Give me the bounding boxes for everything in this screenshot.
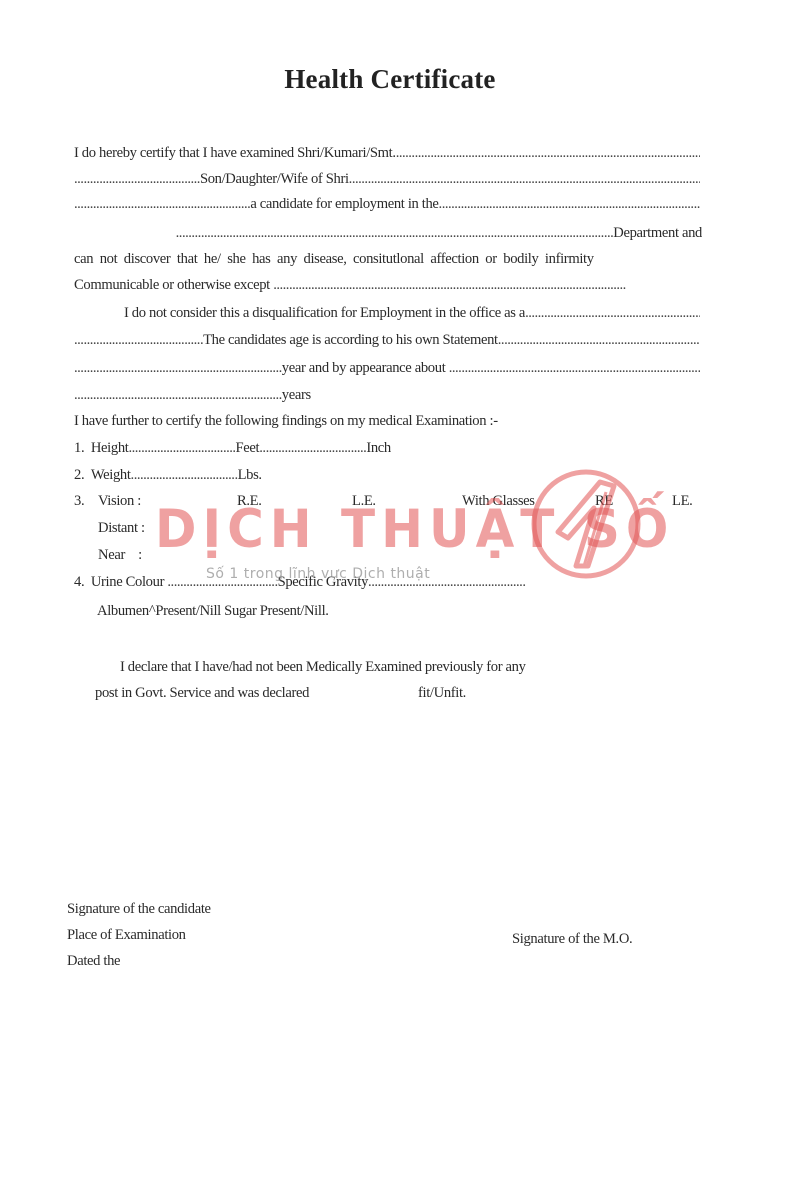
text-line-2: ........................................…	[74, 170, 700, 188]
text-line-5: can not discover that he/ she has any di…	[74, 250, 702, 268]
dated-label: Dated the	[67, 952, 120, 970]
certify-text: I do hereby certify that I have examined…	[74, 145, 396, 161]
candidate-text: a candidate for employment in the	[250, 196, 438, 212]
age-statement-blank[interactable]: ........................................…	[498, 332, 700, 348]
candidate-blank[interactable]: ........................................…	[74, 196, 250, 212]
parent-name-blank[interactable]: ........................................…	[349, 171, 700, 187]
text-line-9: ........................................…	[74, 359, 700, 377]
employment-blank[interactable]: ........................................…	[439, 196, 700, 212]
urine-colour-label: Urine Colour	[91, 574, 164, 590]
item-number: 3.	[74, 492, 84, 510]
height-feet-blank[interactable]: ..................................	[128, 440, 235, 456]
department-blank[interactable]: ........................................…	[176, 225, 614, 241]
health-certificate-document: Health Certificate I do hereby certify t…	[0, 0, 800, 1200]
post-blank[interactable]: ........................................…	[74, 332, 203, 348]
text-line-4: ........................................…	[74, 224, 702, 242]
name-blank[interactable]: ........................................…	[396, 145, 700, 161]
text-line-3: ........................................…	[74, 195, 700, 213]
text-line-8: ........................................…	[74, 331, 700, 349]
vision-near-label: Near :	[98, 546, 142, 564]
office-blank[interactable]: ........................................…	[525, 305, 700, 321]
albumen-sugar-line: Albumen^Present/Nill Sugar Present/Nill.	[97, 602, 329, 620]
age-statement-text: The candidates age is according to his o…	[203, 332, 498, 348]
office-text: I do not consider this a disqualificatio…	[124, 305, 525, 321]
glasses-le-label: LE.	[672, 492, 692, 510]
text-line-10: ........................................…	[74, 386, 311, 404]
weight-label: Weight	[91, 467, 131, 483]
vision-label: Vision :	[98, 492, 141, 510]
declaration-line-2: post in Govt. Service and was declared	[95, 684, 309, 702]
watermark-logo-icon	[528, 466, 644, 582]
text-line-6: Communicable or otherwise except .......…	[74, 276, 700, 294]
inch-label: Inch	[366, 440, 391, 456]
age-years-blank[interactable]: ........................................…	[74, 360, 282, 376]
watermark-subtitle: Số 1 trong lĩnh vực Dịch thuật	[206, 566, 430, 582]
text-line-11: I have further to certify the following …	[74, 412, 498, 430]
except-text: Communicable or otherwise except	[74, 277, 270, 293]
item-number: 1.	[74, 440, 84, 456]
mo-signature-label: Signature of the M.O.	[512, 930, 632, 948]
height-inch-blank[interactable]: ..................................	[259, 440, 366, 456]
item-number: 2.	[74, 467, 84, 483]
relation-blank[interactable]: ........................................	[74, 171, 200, 187]
weight-blank[interactable]: ..................................	[131, 467, 238, 483]
text-line-1: I do hereby certify that I have examined…	[74, 144, 700, 162]
relation-text: Son/Daughter/Wife of Shri	[200, 171, 349, 187]
feet-label: Feet	[236, 440, 260, 456]
height-label: Height	[91, 440, 129, 456]
item-number: 4.	[74, 574, 84, 590]
except-blank[interactable]: ........................................…	[273, 277, 626, 293]
candidate-signature-label: Signature of the candidate	[67, 900, 211, 918]
appearance-blank[interactable]: ........................................…	[449, 360, 700, 376]
page-title: Health Certificate	[0, 64, 780, 95]
appearance-years-blank[interactable]: ........................................…	[74, 387, 282, 403]
declaration-line-1: I declare that I have/had not been Medic…	[120, 658, 526, 676]
fit-unfit-label: fit/Unfit.	[418, 684, 466, 702]
lbs-label: Lbs.	[238, 467, 262, 483]
text-line-7: I do not consider this a disqualificatio…	[124, 304, 700, 322]
finding-height: 1. Height...............................…	[74, 439, 391, 457]
department-text: Department and	[613, 225, 702, 241]
place-of-examination-label: Place of Examination	[67, 926, 186, 944]
appearance-text: year and by appearance about	[282, 360, 446, 376]
finding-weight: 2. Weight...............................…	[74, 466, 262, 484]
years-text: years	[282, 387, 311, 403]
vision-distant-label: Distant :	[98, 519, 145, 537]
